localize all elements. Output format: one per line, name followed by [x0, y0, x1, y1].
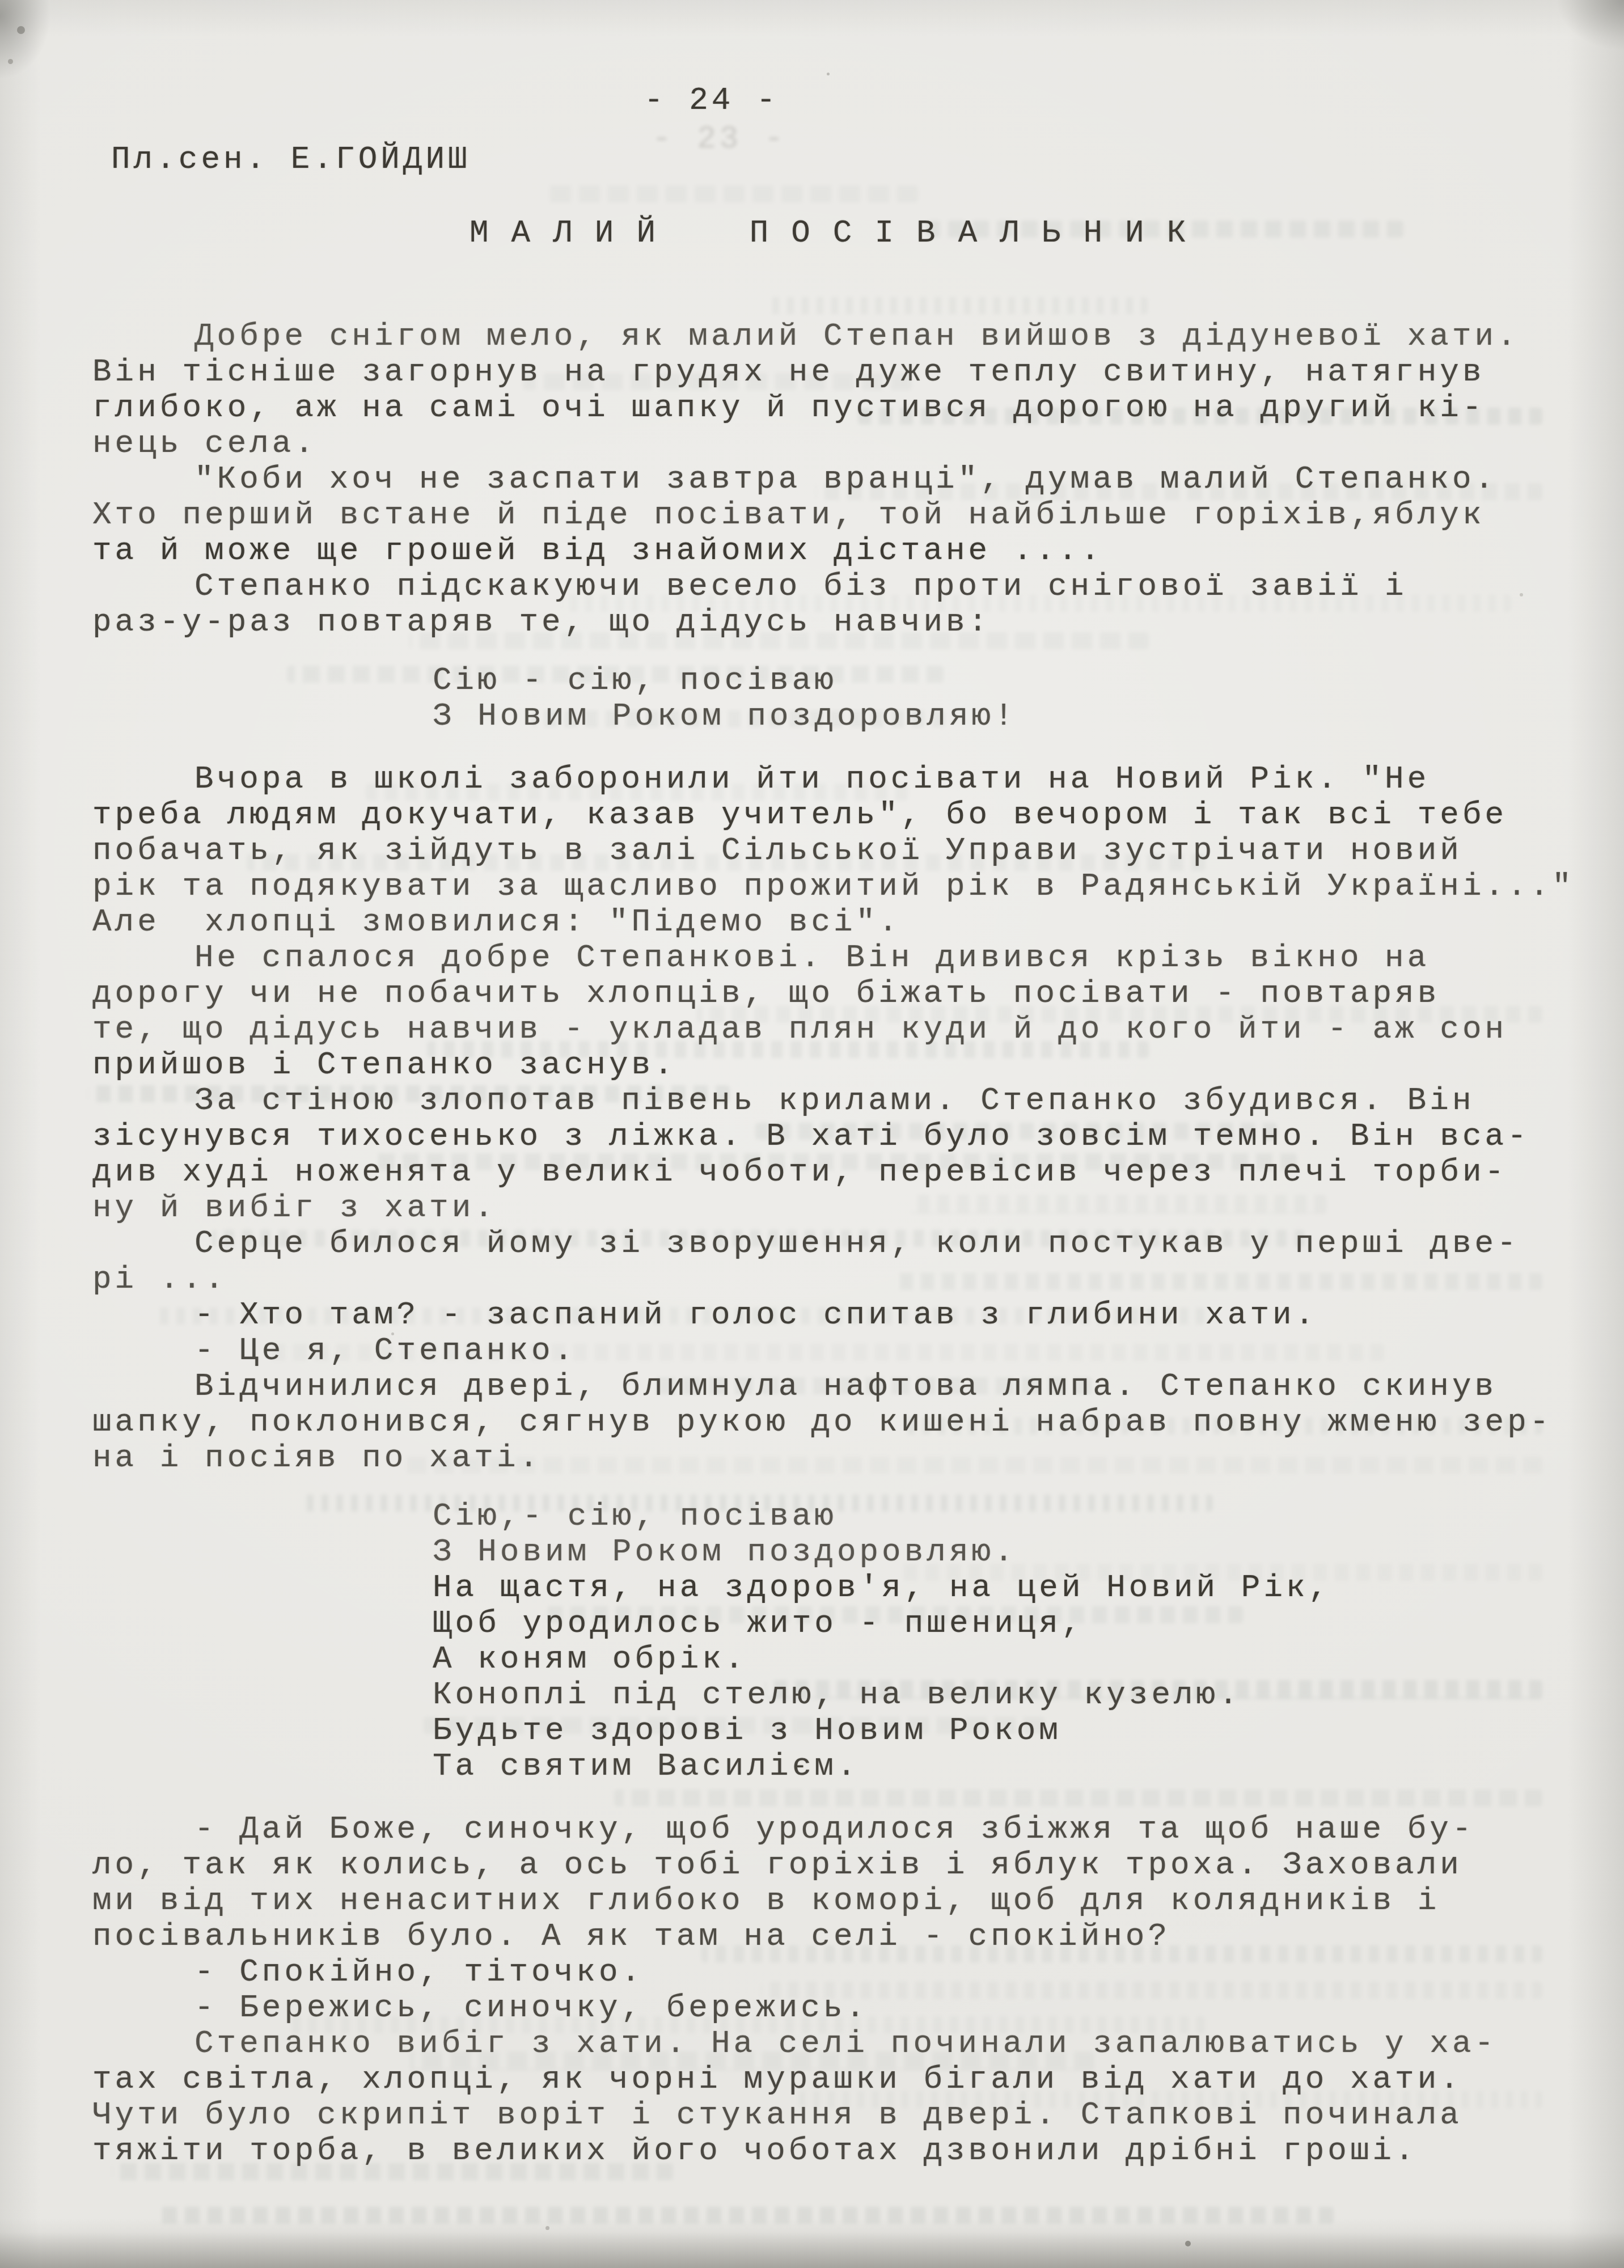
paragraph: - Дай Боже, синочку, щоб уродилося збіжж…	[92, 1812, 1601, 2026]
text-line: Коноплі під стелю, на велику кузелю.	[433, 1677, 1601, 1713]
text-line: Будьте здорові з Новим Роком	[433, 1713, 1601, 1749]
text-line: ми від тих ненаситних глибоко в коморі, …	[92, 1883, 1601, 1919]
text-line: ну й вибіг з хати.	[92, 1190, 1601, 1226]
scan-speck	[827, 73, 830, 75]
paragraph: Добре снігом мело, як малий Степан вийшо…	[92, 319, 1601, 462]
edge-shade-bottom	[0, 2228, 1624, 2268]
corner-shade-top-left	[0, 0, 51, 79]
page-number: - 24 -	[644, 83, 779, 119]
paragraph: Степанко підскакуючи весело біз проти сн…	[92, 569, 1601, 640]
scan-speck	[545, 2226, 549, 2230]
text-line: те, що дідусь навчив - укладав плян куди…	[92, 1012, 1601, 1047]
text-line: глибоко, аж на самі очі шапку й пустився…	[92, 390, 1601, 426]
text-line: Він тісніше загорнув на грудях не дуже т…	[92, 354, 1601, 390]
text-line: А коням обрік.	[433, 1641, 1601, 1677]
verse-block: Сію,- сію, посіваюЗ Новим Роком поздоров…	[433, 1499, 1601, 1784]
text-line: див худі ноженята у великі чоботи, перев…	[92, 1154, 1601, 1190]
corner-shade-top-right	[1556, 0, 1624, 51]
text-line: З Новим Роком поздоровляю.	[433, 1534, 1601, 1570]
bleed-through-line	[765, 297, 1148, 314]
author-line: Пл.сен. Е.ГОЙДИШ	[111, 142, 471, 177]
paragraph: Відчинилися двері, блимнула нафтова лямп…	[92, 1369, 1601, 1476]
text-line: "Коби хоч не заспати завтра вранці", дум…	[92, 462, 1601, 497]
story-title: МАЛИЙ ПОСІВАЛЬНИК	[470, 215, 1208, 251]
paragraph: - Хто там? - заспаний голос спитав з гли…	[92, 1297, 1601, 1369]
text-line: Серце билося йому зі зворушення, коли по…	[92, 1226, 1601, 1262]
bleed-through-line	[544, 185, 918, 202]
text-line: дорогу чи не побачить хлопців, що біжать…	[92, 976, 1601, 1012]
text-line: Чути було скрипіт воріт і стукання в две…	[92, 2097, 1601, 2133]
text-line: ло, так як колись, а ось тобі горіхів і …	[92, 1847, 1601, 1883]
paragraph: Не спалося добре Степанкові. Він дивився…	[92, 940, 1601, 1083]
bleed-through-line	[160, 2207, 1334, 2224]
paragraph: "Коби хоч не заспати завтра вранці", дум…	[92, 462, 1601, 569]
scan-speck	[17, 26, 25, 34]
text-line: Сію - сію, посіваю	[433, 663, 1601, 699]
text-line: - Дай Боже, синочку, щоб уродилося збіжж…	[92, 1812, 1601, 1847]
text-line: треба людям докучати, казав учитель", бо…	[92, 797, 1601, 833]
text-line: тах світла, хлопці, як чорні мурашки біг…	[92, 2062, 1601, 2097]
story-body: Добре снігом мело, як малий Степан вийшо…	[92, 319, 1601, 2169]
text-line: Степанко вибіг з хати. На селі починали …	[92, 2026, 1601, 2062]
text-line: Степанко підскакуючи весело біз проти сн…	[92, 569, 1601, 604]
text-line: тяжіти торба, в великих його чоботах дзв…	[92, 2133, 1601, 2169]
scanned-document-page: - 24 - - 23 - Пл.сен. Е.ГОЙДИШ МАЛИЙ ПОС…	[0, 0, 1624, 2268]
text-line: Та святим Василієм.	[433, 1749, 1601, 1784]
text-line: Не спалося добре Степанкові. Він дивився…	[92, 940, 1601, 976]
verse-block: Сію - сію, посіваюЗ Новим Роком поздоров…	[433, 663, 1601, 734]
text-line: Відчинилися двері, блимнула нафтова лямп…	[92, 1369, 1601, 1404]
scan-speck	[1185, 2241, 1191, 2246]
text-line: З Новим Роком поздоровляю!	[433, 699, 1601, 734]
text-line: прийшов і Степанко заснув.	[92, 1047, 1601, 1083]
text-line: рі ...	[92, 1262, 1601, 1297]
text-line: побачать, як зійдуть в залі Сільської Уп…	[92, 833, 1601, 869]
text-line: На щастя, на здоров'я, на цей Новий Рік,	[433, 1570, 1601, 1606]
text-line: Вчора в школі заборонили йти посівати на…	[92, 761, 1601, 797]
text-line: Щоб уродилось жито - пшениця,	[433, 1606, 1601, 1641]
paragraph: Серце билося йому зі зворушення, коли по…	[92, 1226, 1601, 1297]
text-line: рік та подякувати за щасливо прожитий рі…	[92, 869, 1601, 904]
text-line: Хто перший встане й піде посівати, той н…	[92, 497, 1601, 533]
text-line: - Це я, Степанко.	[92, 1333, 1601, 1369]
text-line: на і посіяв по хаті.	[92, 1440, 1601, 1476]
text-line: Сію,- сію, посіваю	[433, 1499, 1601, 1534]
text-line: посівальників було. А як там на селі - с…	[92, 1919, 1601, 1954]
paragraph: Вчора в школі заборонили йти посівати на…	[92, 761, 1601, 940]
text-line: - Бережись, синочку, бережись.	[92, 1990, 1601, 2026]
text-line: - Спокійно, тіточко.	[92, 1954, 1601, 1990]
text-line: Добре снігом мело, як малий Степан вийшо…	[92, 319, 1601, 354]
text-line: раз-у-раз повтаряв те, що дідусь навчив:	[92, 604, 1601, 640]
text-line: нець села.	[92, 426, 1601, 462]
text-line: шапку, поклонився, сягнув рукою до кишен…	[92, 1404, 1601, 1440]
paragraph: За стіною злопотав півень крилами. Степа…	[92, 1083, 1601, 1226]
text-line: зісунувся тихосенько з ліжка. В хаті бул…	[92, 1119, 1601, 1154]
paragraph: Степанко вибіг з хати. На селі починали …	[92, 2026, 1601, 2169]
scan-speck	[8, 59, 13, 64]
text-line: Але хлопці змовилися: "Підемо всі".	[92, 904, 1601, 940]
text-line: За стіною злопотав півень крилами. Степа…	[92, 1083, 1601, 1119]
ghost-page-number: - 23 -	[652, 121, 787, 157]
text-line: - Хто там? - заспаний голос спитав з гли…	[92, 1297, 1601, 1333]
text-line: та й може ще грошей від знайомих дістане…	[92, 533, 1601, 569]
